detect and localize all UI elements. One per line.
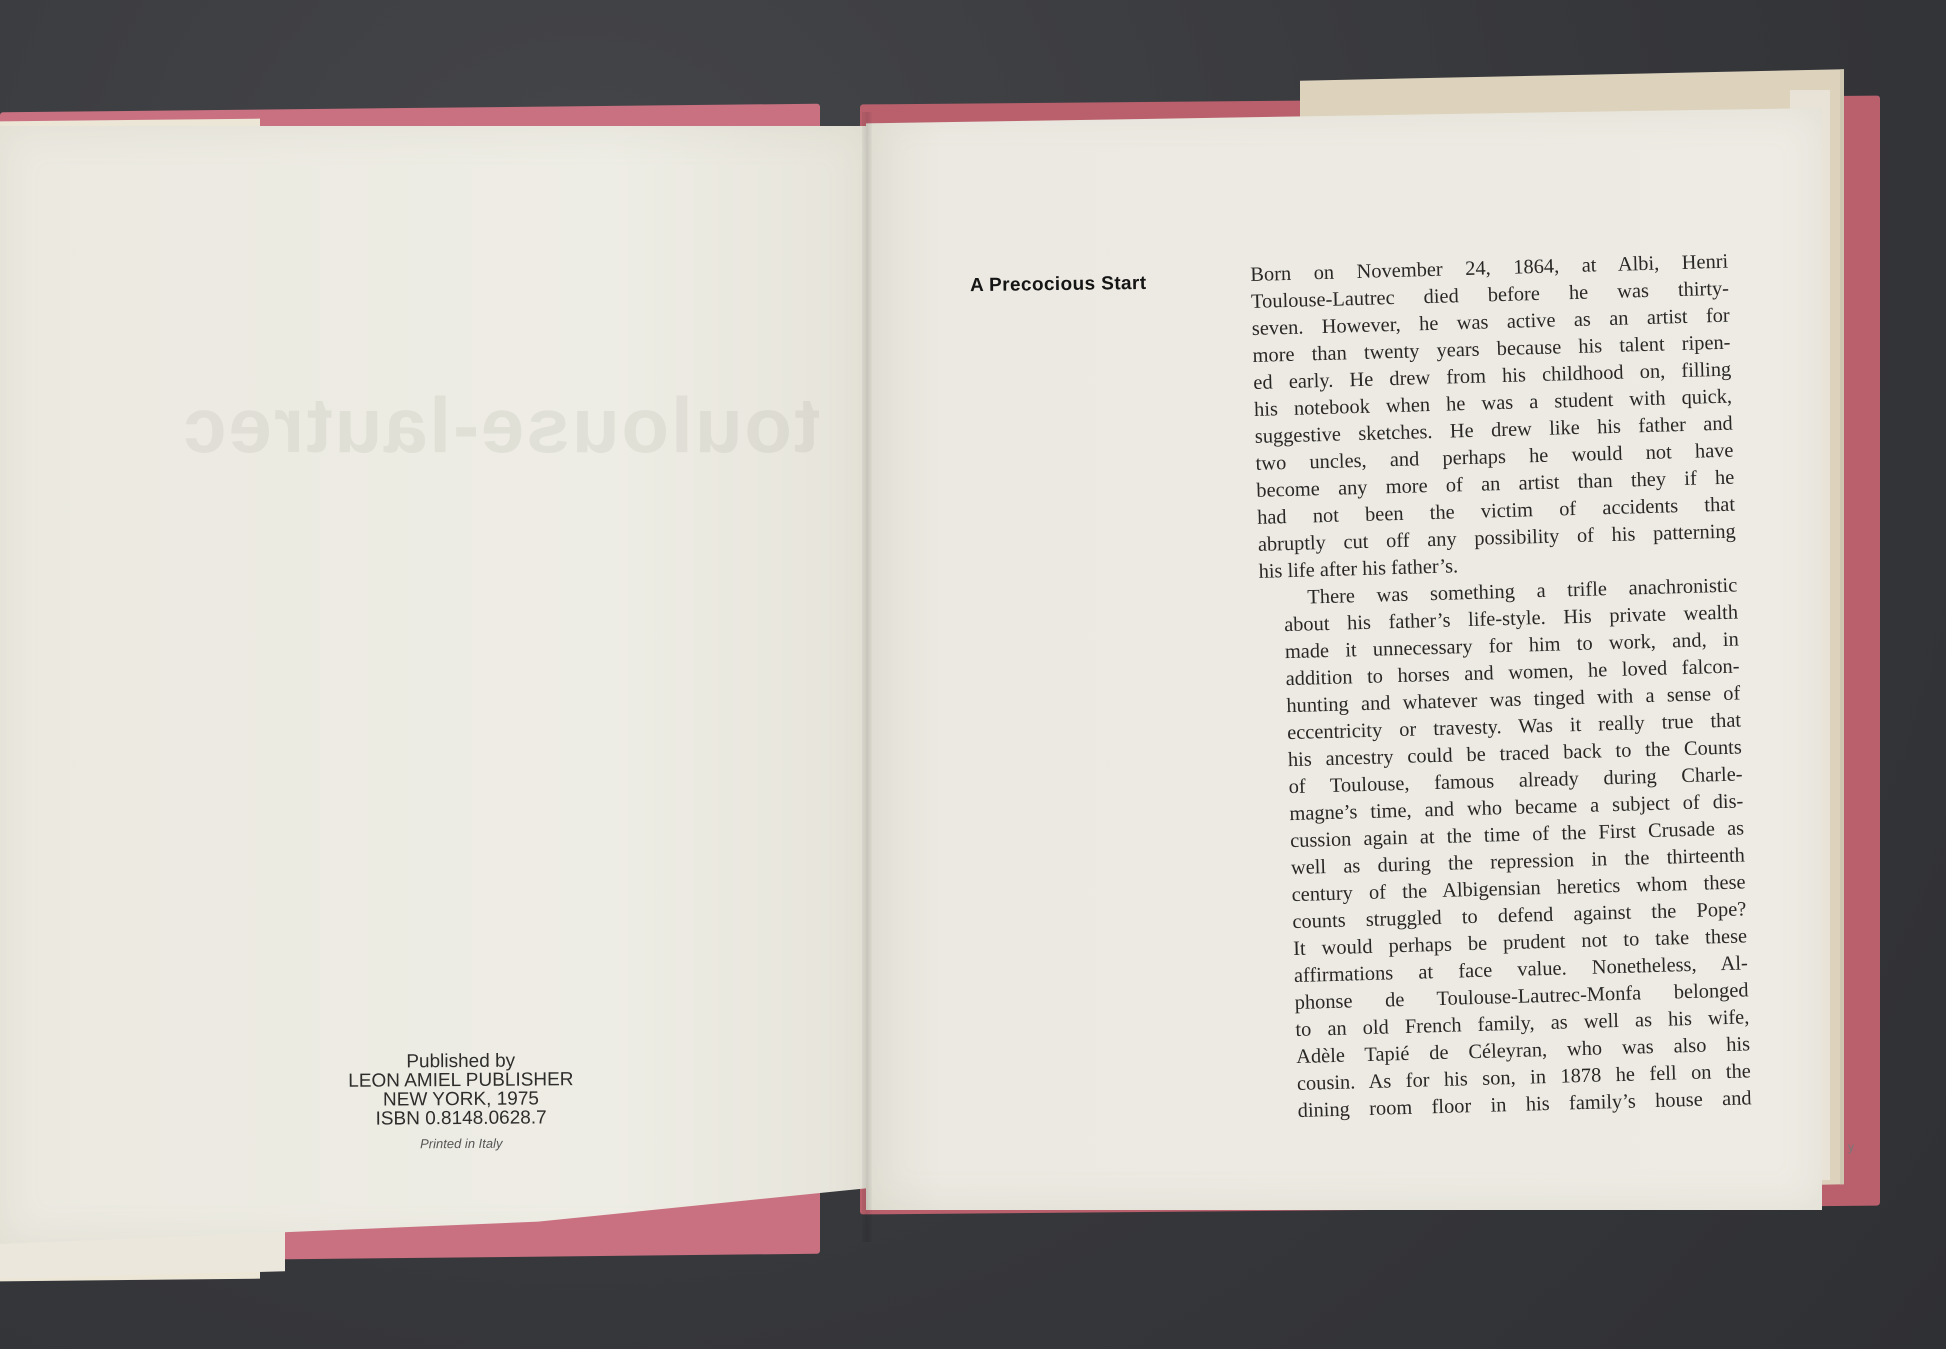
book-gutter (862, 112, 872, 1242)
showthrough-title: toulouse-lautrec (60, 380, 820, 471)
imprint-printed-in: Printed in Italy (330, 1133, 592, 1154)
imprint-publisher: LEON AMIEL PUBLISHER (330, 1070, 592, 1091)
jacket-edge-mark: y (1848, 1140, 1854, 1154)
body-text: Born on November 24, 1864, at Albi, Henr… (1250, 249, 1752, 1126)
section-title: A Precocious Start (970, 273, 1147, 297)
publisher-imprint: Published by LEON AMIEL PUBLISHER NEW YO… (330, 1051, 593, 1154)
paragraph-1: Born on November 24, 1864, at Albi, Henr… (1250, 249, 1737, 586)
imprint-location-year: NEW YORK, 1975 (330, 1089, 592, 1110)
paragraph-2: There was something a trifle anachronist… (1259, 573, 1752, 1126)
imprint-isbn: ISBN 0.8148.0628.7 (330, 1108, 592, 1129)
